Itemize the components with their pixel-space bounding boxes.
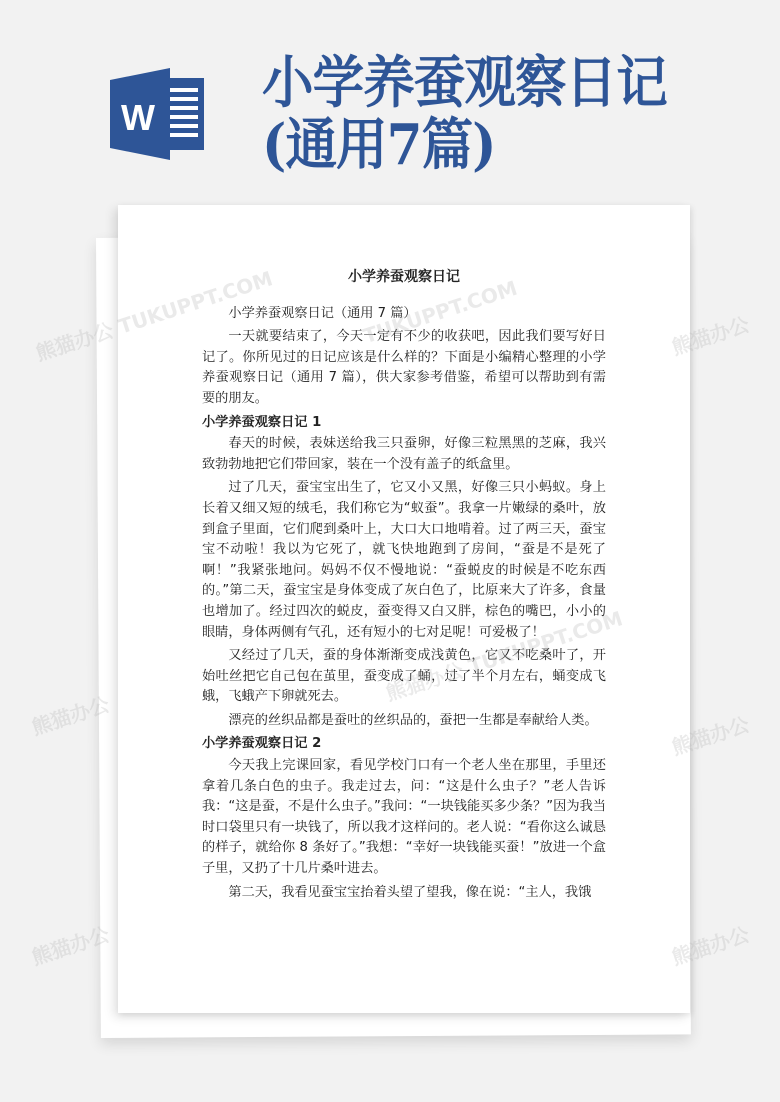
page-title: 小学养蚕观察日记 (通用7篇) xyxy=(262,52,667,176)
paragraph: 今天我上完课回家，看见学校门口有一个老人坐在那里，手里还拿着几条白色的虫子。我走… xyxy=(202,756,606,880)
svg-text:W: W xyxy=(121,97,155,138)
paragraph: 第二天，我看见蚕宝宝抬着头望了望我，像在说：“主人，我饿 xyxy=(202,883,606,904)
paragraph: 又经过了几天，蚕的身体渐渐变成浅黄色，它又不吃桑叶了，开始吐丝把它自己包在茧里，… xyxy=(202,646,606,708)
title-line-2: (通用7篇) xyxy=(262,114,667,176)
paragraph: 过了几天，蚕宝宝出生了，它又小又黑，好像三只小蚂蚁。身上长着又细又短的绒毛，我们… xyxy=(202,478,606,643)
document-content: 小学养蚕观察日记 小学养蚕观察日记（通用 7 篇） 一天就要结束了，今天一定有不… xyxy=(202,267,606,906)
paragraph: 小学养蚕观察日记（通用 7 篇） xyxy=(202,304,606,325)
section-heading: 小学养蚕观察日记 2 xyxy=(202,734,606,755)
paragraph: 春天的时候，表妹送给我三只蚕卵，好像三粒黑黑的芝麻，我兴致勃勃地把它们带回家，装… xyxy=(202,434,606,475)
document-page: 小学养蚕观察日记 小学养蚕观察日记（通用 7 篇） 一天就要结束了，今天一定有不… xyxy=(118,205,690,1013)
title-line-1: 小学养蚕观察日记 xyxy=(262,52,667,114)
paragraph: 漂亮的丝织品都是蚕吐的丝织品的，蚕把一生都是奉献给人类。 xyxy=(202,711,606,732)
word-document-icon: W xyxy=(108,68,208,160)
header: W 小学养蚕观察日记 (通用7篇) xyxy=(0,0,780,200)
section-heading: 小学养蚕观察日记 1 xyxy=(202,413,606,434)
paragraph: 一天就要结束了，今天一定有不少的收获吧，因此我们要写好日记了。你所见过的日记应该… xyxy=(202,327,606,409)
document-title: 小学养蚕观察日记 xyxy=(202,267,606,288)
